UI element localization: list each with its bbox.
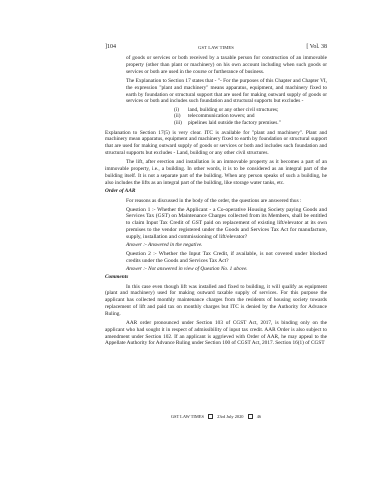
volume-label: [ Vol. 38	[306, 44, 327, 50]
paragraph-explanation-section-17: The Explanation to Section 17 states tha…	[126, 78, 327, 105]
heading-order-of-aar: Order of AAR	[105, 188, 327, 195]
journal-title: GST LAW TIMES	[105, 45, 327, 50]
paragraph-aar-binding: AAR order pronounced under Section 103 o…	[105, 320, 327, 347]
answer-1: Answer :- Answered in the negative.	[126, 242, 327, 249]
square-bullet-icon	[248, 414, 253, 419]
heading-comments: Comments	[105, 274, 327, 281]
list-item: (iii) pipelines laid outside the factory…	[174, 120, 327, 127]
list-item-text: land, building or any other civil struct…	[188, 107, 278, 114]
list-item: (i) land, building or any other civil st…	[174, 107, 327, 114]
paragraph-comments: In this case even though lift was instal…	[105, 284, 327, 318]
question-1: Question 1 :- Whether the Applicant - a …	[126, 207, 327, 241]
footer-number: 46	[257, 414, 261, 419]
running-header: ]104 GST LAW TIMES [ Vol. 38	[105, 44, 327, 54]
list-item-number: (iii)	[174, 120, 188, 127]
paragraph-explanation-17-5: Explanation to Section 17(5) is very cle…	[105, 130, 327, 157]
paragraph-continuation: of goods or services or both received by…	[126, 55, 327, 75]
page-body: of goods or services or both received by…	[105, 55, 327, 347]
footer-journal: GST LAW TIMES	[171, 414, 204, 419]
exclusion-list: (i) land, building or any other civil st…	[174, 107, 327, 127]
paragraph-reasons: For reasons as discussed in the body of …	[105, 198, 327, 205]
running-footer: GST LAW TIMES 23rd July 2020 46	[105, 414, 327, 419]
list-item-text: pipelines laid outside the factory premi…	[188, 120, 281, 127]
square-bullet-icon	[208, 414, 213, 419]
paragraph-lift-immovable: The lift, after erection and installatio…	[105, 159, 327, 186]
question-2: Question 2 :- Whether the Input Tax Cred…	[126, 251, 327, 265]
footer-date: 23rd July 2020	[217, 414, 243, 419]
document-page: ]104 GST LAW TIMES [ Vol. 38 of goods or…	[0, 0, 370, 480]
quoted-section-block: of goods or services or both received by…	[126, 55, 327, 127]
answer-2: Answer :- Not answered in view of Questi…	[126, 266, 327, 273]
